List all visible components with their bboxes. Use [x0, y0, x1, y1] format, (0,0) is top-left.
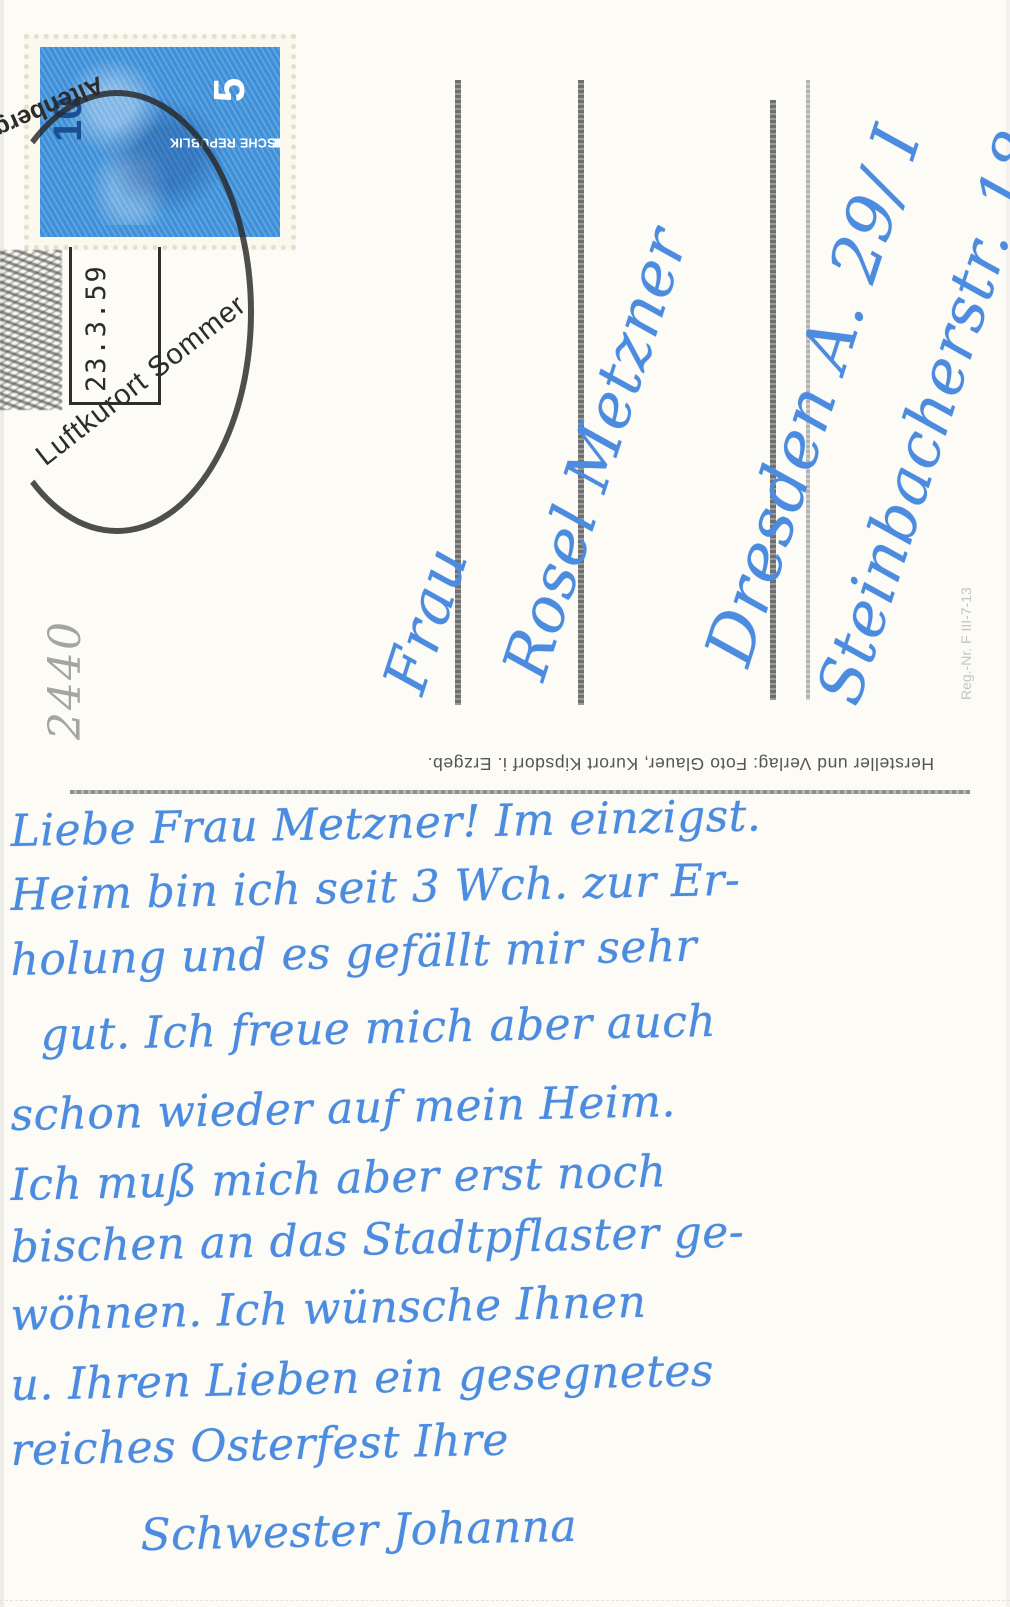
message-divider: [70, 790, 970, 794]
message-line: Heim bin ich seit 3 Wch. zur Er-: [10, 855, 741, 921]
stamp-face: 10 5 DEUTSCHE DEMOKRATISCHE REPUBLIK: [40, 47, 280, 237]
address-line: Rosel Metzner: [488, 219, 702, 688]
message-line: reiches Osterfest Ihre: [10, 1415, 509, 1476]
postcard-back: 10 5 DEUTSCHE DEMOKRATISCHE REPUBLIK 23.…: [0, 0, 1010, 1607]
scalloped-top-edge: [0, 0, 1010, 8]
card-bottom-edge: [0, 1600, 1010, 1607]
address-line: Frau: [370, 539, 483, 702]
pencil-note: 2440: [40, 620, 91, 740]
postmark-smudge: [0, 250, 62, 410]
stamp-country: DEUTSCHE DEMOKRATISCHE REPUBLIK: [234, 51, 276, 233]
message-line: gut. Ich freue mich aber auch: [40, 996, 717, 1061]
message-line: Liebe Frau Metzner! Im einzigst.: [10, 790, 762, 857]
postmark-date: 23.3.59: [81, 264, 112, 392]
signature: Schwester Johanna: [140, 1501, 578, 1561]
postage-stamp: 10 5 DEUTSCHE DEMOKRATISCHE REPUBLIK: [24, 34, 296, 250]
message-line: wöhnen. Ich wünsche Ihnen: [10, 1277, 647, 1341]
message-line: Ich muß mich aber erst noch: [10, 1146, 667, 1211]
stamp-country-line2: DEMOKRATISCHE REPUBLIK: [170, 136, 280, 149]
registration-number: Reg.-Nr. F III-7-13: [958, 587, 974, 700]
card-left-edge: [0, 0, 4, 1607]
message-line: schon wieder auf mein Heim.: [10, 1076, 676, 1141]
message-line: holung und es gefällt mir sehr: [10, 921, 697, 986]
message-line: u. Ihren Lieben ein gesegnetes: [10, 1345, 714, 1411]
message-line: bischen an das Stadtpflaster ge-: [10, 1207, 744, 1273]
publisher-imprint: Hersteller und Verlag: Foto Glauer, Kuro…: [92, 753, 934, 774]
